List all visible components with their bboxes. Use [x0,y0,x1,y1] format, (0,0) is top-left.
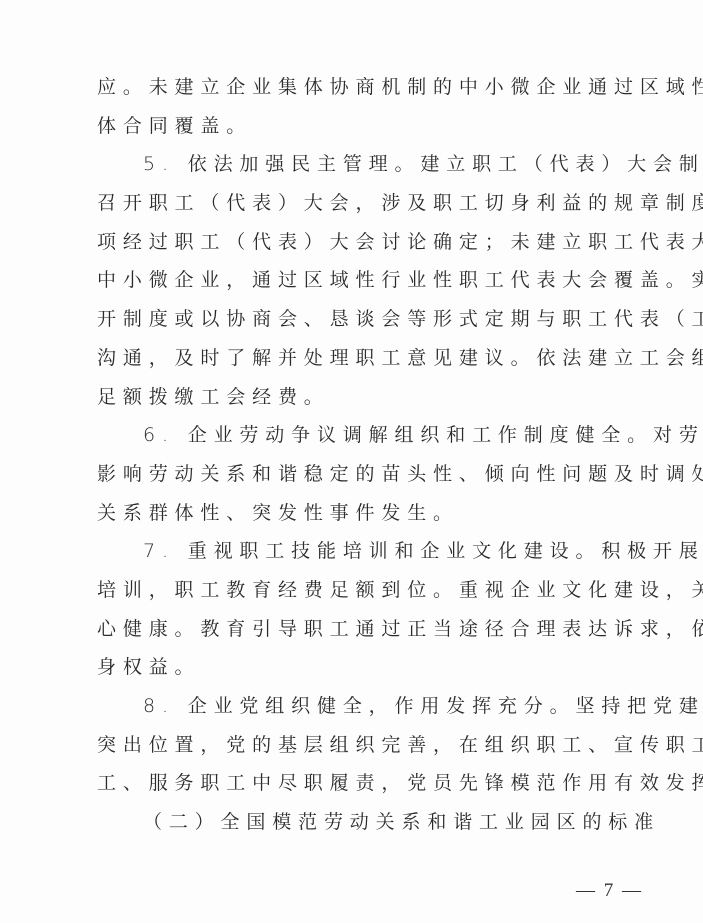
text-line: 体合同覆盖。 [97,107,627,146]
text-line: 足额拨缴工会经费。 [97,378,627,417]
text-line: 工、服务职工中尽职履责，党员先锋模范作用有效发挥。 [97,764,627,803]
document-page: 应。未建立企业集体协商机制的中小微企业通过区域性行业性集 体合同覆盖。 5. 依… [0,0,703,923]
text-line: 身权益。 [97,648,627,687]
text-line: 项经过职工（代表）大会讨论确定；未建立职工代表大会制度的 [97,223,627,262]
item-8-heading-line: 8. 企业党组织健全，作用发挥充分。坚持把党建工作摆在 [97,687,627,726]
text-line: 心健康。教育引导职工通过正当途径合理表达诉求，依法维护自 [97,610,627,649]
text-line: 关系群体性、突发性事件发生。 [97,494,627,533]
page-number: — 7 — [576,880,643,902]
document-body: 应。未建立企业集体协商机制的中小微企业通过区域性行业性集 体合同覆盖。 5. 依… [97,68,627,842]
text-line: 影响劳动关系和谐稳定的苗头性、倾向性问题及时调处，无劳动 [97,455,627,494]
text-line: 开制度或以协商会、恳谈会等形式定期与职工代表（工会）进行 [97,300,627,339]
item-7-heading-line: 7. 重视职工技能培训和企业文化建设。积极开展职业技能 [97,532,627,571]
item-6-heading-line: 6. 企业劳动争议调解组织和工作制度健全。对劳动争议和 [97,416,627,455]
text-line: 中小微企业，通过区域性行业性职工代表大会覆盖。实行厂务公 [97,261,627,300]
item-5-heading-line: 5. 依法加强民主管理。建立职工（代表）大会制度，定期 [97,145,627,184]
text-line: 沟通，及时了解并处理职工意见建议。依法建立工会组织，按时 [97,339,627,378]
text-line: 召开职工（代表）大会，涉及职工切身利益的规章制度和重大事 [97,184,627,223]
text-line-continuation: 应。未建立企业集体协商机制的中小微企业通过区域性行业性集 [97,68,627,107]
section-heading-industrial-park-standard: （二）全国模范劳动关系和谐工业园区的标准 [97,803,627,842]
text-line: 培训，职工教育经费足额到位。重视企业文化建设，关心职工身 [97,571,627,610]
text-line: 突出位置，党的基层组织完善，在组织职工、宣传职工、凝聚职 [97,726,627,765]
